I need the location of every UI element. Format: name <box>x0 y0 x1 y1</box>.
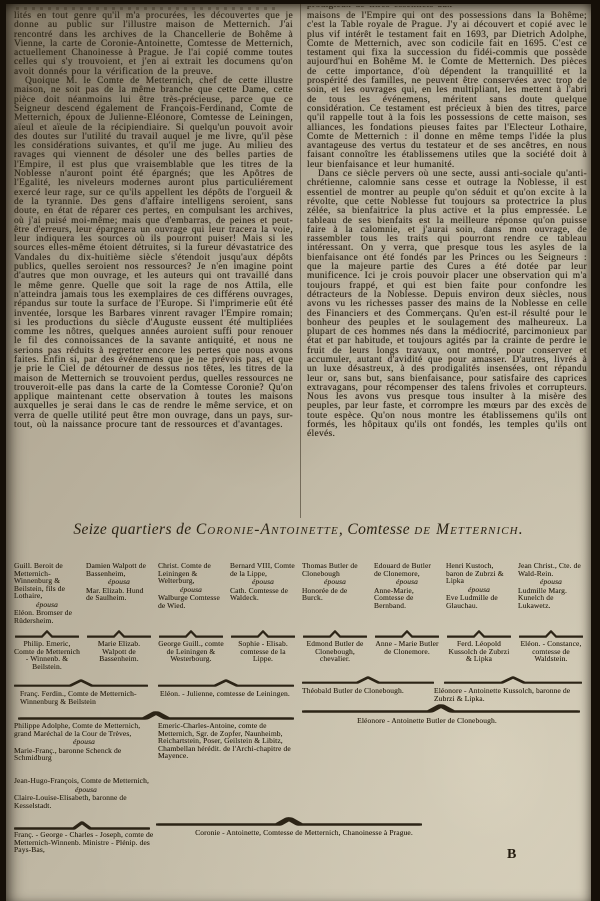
ancestor-cell: George Guill., comte de Leiningen & West… <box>158 640 224 663</box>
book-photo-background: lités en tout genre qu'il m'a procurées,… <box>0 0 600 901</box>
paragraph: Dans ce siècle pervers où une secte, aus… <box>307 170 587 440</box>
spouse-name: Marie-Franç., baronne Schenck de Schmidb… <box>14 746 121 763</box>
spouse-name: Walburge Comtesse de Wied. <box>158 593 220 610</box>
cut-line-text: prodigieux de titres essentiels aux <box>307 6 587 10</box>
ancestor-cell: Eléonore - Antoinette Kussolch, baronne … <box>434 687 580 702</box>
brace-connector <box>159 630 223 638</box>
ancestor-cell: Guill. Beroit de Metternich-Winnenburg &… <box>14 562 80 624</box>
spouse-name: Eléon. Bromser de Rüdersheim. <box>14 608 72 625</box>
ancestor-cell: Eléon. - Julienne, comtesse de Leiningen… <box>160 690 296 698</box>
brace-connector <box>14 679 148 687</box>
brace-connector <box>447 630 511 638</box>
ancestor-name: Thomas Butler de Clonebough <box>302 561 358 578</box>
column-divider-rule <box>300 4 301 518</box>
ancestor-cell: Bernard VIII, Comte de la Lippe,épousaCa… <box>230 562 296 602</box>
spouse-name: Eve Ludmille de Glauchau. <box>446 593 498 610</box>
ancestor-cell: Anne - Marie Butler de Clonemore. <box>374 640 440 655</box>
ancestor-name: Philippe Adolphe, Comte de Metternich, g… <box>14 721 140 738</box>
spouse-name: Anne-Marie, Comtesse de Bernband. <box>374 586 414 610</box>
paragraph: maisons de l'Empire qui ont des possessi… <box>307 12 587 170</box>
ancestor-name: Henri Kustoch, baron de Zubrzi & Lipka <box>446 561 504 585</box>
brace-connector <box>87 630 151 638</box>
ancestor-cell: Thomas Butler de CloneboughépousaHonorée… <box>302 562 368 602</box>
brace-connector <box>303 630 367 638</box>
ancestor-cell: Franç. - George - Charles - Joseph, comt… <box>14 831 162 854</box>
ancestor-cell: Eléon. - Constance, comtesse de Waldstei… <box>518 640 584 663</box>
ancestor-cell: Marie Elizab. Walpott de Bassenheim. <box>86 640 152 663</box>
ancestor-cell: Edouard de Butler de Clonemore,épousaAnn… <box>374 562 440 609</box>
left-column: lités en tout genre qu'il m'a procurées,… <box>14 6 293 522</box>
signature-mark: B <box>507 847 516 863</box>
table-heading: Seize quartiers de Coronie-Antoinette, C… <box>6 521 591 539</box>
ancestor-cell: Edmond Butler de Clonebough, chevalier. <box>302 640 368 663</box>
brace-connector <box>14 821 150 830</box>
ancestor-cell: Henri Kustoch, baron de Zubrzi & Lipkaép… <box>446 562 512 609</box>
ancestor-cell: Philip. Emeric, Comte de Metternich - Wi… <box>14 640 80 670</box>
brace-connector <box>519 630 583 638</box>
ancestor-cell: Jean Christ., Cte. de Wald-Rein.épousaLu… <box>518 562 584 609</box>
heading-name: de Metternich. <box>414 521 523 538</box>
ancestor-cell: Jean-Hugo-François, Comte de Metternich,… <box>14 777 158 809</box>
ancestor-cell: Théobald Butler de Clonebough. <box>302 687 434 695</box>
brace-connector <box>18 711 294 720</box>
book-page: lités en tout genre qu'il m'a procurées,… <box>6 4 591 901</box>
heading-text: , Comtesse <box>339 521 414 538</box>
ancestor-cell: Damien Walpott de Bassenheim,épousaMar. … <box>86 562 152 602</box>
heading-text: Seize quartiers de <box>73 521 196 538</box>
right-column: prodigieux de titres essentiels aux mais… <box>307 6 587 522</box>
brace-connector <box>158 679 294 687</box>
ancestor-name: Edouard de Butler de Clonemore, <box>374 561 431 578</box>
subject-cell: Coronie - Antoinette, Comtesse de Metter… <box>162 829 446 837</box>
ancestor-cell: Philippe Adolphe, Comte de Metternich, g… <box>14 722 154 762</box>
ancestor-name: Guill. Beroit de Metternich-Winnenburg &… <box>14 561 65 600</box>
paragraph: Quoique M. le Comte de Metternich, chef … <box>14 77 293 430</box>
brace-connector <box>375 630 439 638</box>
ancestor-cell: Sophie - Elisab. comtesse de la Lippe. <box>230 640 296 663</box>
brace-connector <box>302 676 434 684</box>
ancestor-name: Jean Christ., Cte. de Wald-Rein. <box>518 561 581 578</box>
ancestor-name: Jean-Hugo-François, Comte de Metternich, <box>14 776 149 785</box>
spouse-name: Ludmille Marg. Kunelch de Lukawetz. <box>518 586 567 610</box>
spouse-name: Claire-Louise-Elisabeth, baronne de Kess… <box>14 793 127 810</box>
ancestor-cell: Franç. Ferdin., Comte de Metternich-Winn… <box>20 690 154 705</box>
ancestor-cell: Emeric-Charles-Antoine, comte de Mettern… <box>158 722 302 760</box>
spouse-name: Cath. Comtesse de Waldeck. <box>230 586 288 603</box>
brace-connector <box>156 817 422 826</box>
paper-stain <box>386 624 586 884</box>
ancestor-cell: Ferd. Léopold Kussolch de Zubrzi & Lipka <box>446 640 512 663</box>
brace-connector <box>444 676 582 684</box>
brace-connector <box>15 630 79 638</box>
brace-connector <box>231 630 295 638</box>
spouse-name: Honorée de de Burck. <box>302 586 347 603</box>
brace-connector <box>302 704 580 713</box>
heading-name: Coronie-Antoinette <box>196 521 339 538</box>
ancestor-name: Damien Walpott de Bassenheim, <box>86 561 146 578</box>
spouse-name: Mar. Elizab. Hund de Saulheim. <box>86 586 143 603</box>
ancestor-cell: Eléonore - Antoinette Butler de Clonebou… <box>332 717 522 725</box>
cut-top-line-smudge <box>16 7 278 10</box>
ancestor-cell: Christ. Comte de Leiningen & Welterburg,… <box>158 562 224 609</box>
ancestor-name: Bernard VIII, Comte de la Lippe, <box>230 561 295 578</box>
paragraph: lités en tout genre qu'il m'a procurées,… <box>14 12 293 77</box>
ancestor-name: Christ. Comte de Leiningen & Welterburg, <box>158 561 211 585</box>
